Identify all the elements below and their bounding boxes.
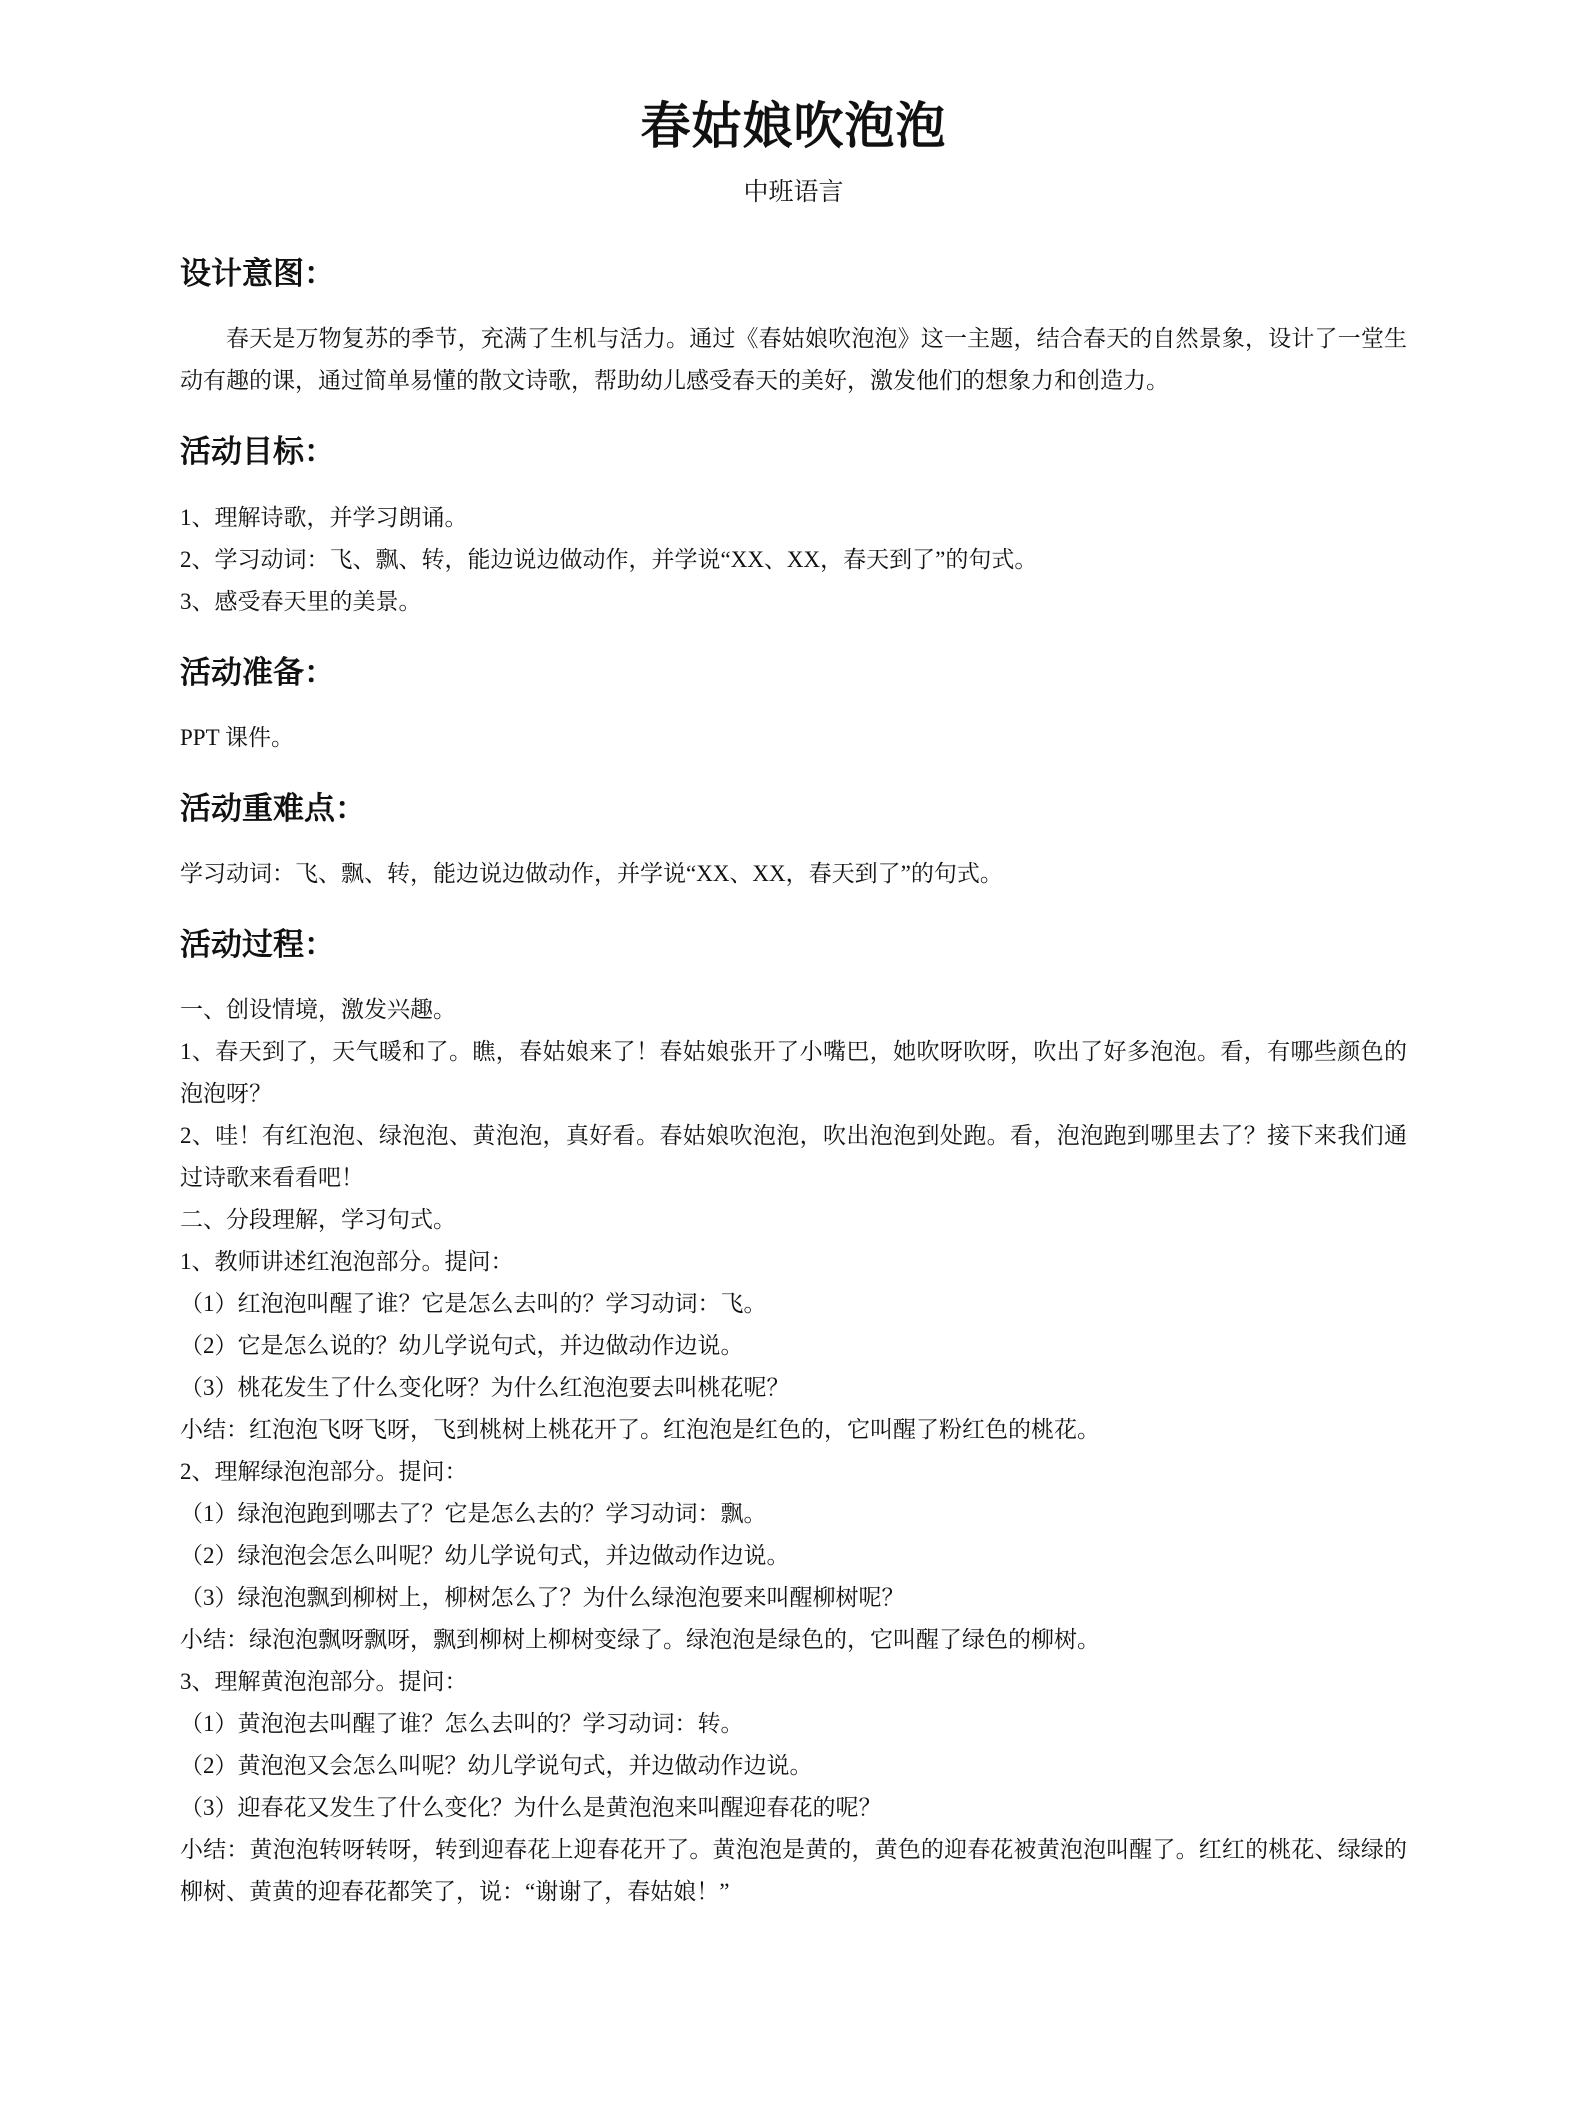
- process-step: 一、创设情境，激发兴趣。: [180, 989, 1407, 1031]
- process-step: 1、教师讲述红泡泡部分。提问：: [180, 1241, 1407, 1283]
- process-step: 小结：红泡泡飞呀飞呀，飞到桃树上桃花开了。红泡泡是红色的，它叫醒了粉红色的桃花。: [180, 1409, 1407, 1451]
- heading-activity-preparation: 活动准备：: [180, 653, 1407, 693]
- process-step: （2）它是怎么说的？幼儿学说句式，并边做动作边说。: [180, 1325, 1407, 1367]
- process-step: （1）黄泡泡去叫醒了谁？怎么去叫的？学习动词：转。: [180, 1703, 1407, 1745]
- process-step: （2）绿泡泡会怎么叫呢？幼儿学说句式，并边做动作边说。: [180, 1535, 1407, 1577]
- process-step: （3）迎春花又发生了什么变化？为什么是黄泡泡来叫醒迎春花的呢？: [180, 1787, 1407, 1829]
- section-activity-process: 活动过程： 一、创设情境，激发兴趣。 1、春天到了，天气暖和了。瞧，春姑娘来了！…: [180, 925, 1407, 1913]
- preparation-item: PPT 课件。: [180, 717, 1407, 759]
- section-activity-preparation: 活动准备： PPT 课件。: [180, 653, 1407, 759]
- goal-item: 1、理解诗歌，并学习朗诵。: [180, 497, 1407, 539]
- process-step: 1、春天到了，天气暖和了。瞧，春姑娘来了！春姑娘张开了小嘴巴，她吹呀吹呀，吹出了…: [180, 1031, 1407, 1115]
- process-step: 二、分段理解，学习句式。: [180, 1199, 1407, 1241]
- process-step: （3）绿泡泡飘到柳树上，柳树怎么了？为什么绿泡泡要来叫醒柳树呢？: [180, 1577, 1407, 1619]
- design-intent-paragraph: 春天是万物复苏的季节，充满了生机与活力。通过《春姑娘吹泡泡》这一主题，结合春天的…: [180, 318, 1407, 402]
- section-design-intent: 设计意图： 春天是万物复苏的季节，充满了生机与活力。通过《春姑娘吹泡泡》这一主题…: [180, 254, 1407, 402]
- section-activity-key-points: 活动重难点： 学习动词：飞、飘、转，能边说边做动作，并学说“XX、XX，春天到了…: [180, 789, 1407, 895]
- process-step: 2、哇！有红泡泡、绿泡泡、黄泡泡，真好看。春姑娘吹泡泡，吹出泡泡到处跑。看，泡泡…: [180, 1115, 1407, 1199]
- document-page: 春姑娘吹泡泡 中班语言 设计意图： 春天是万物复苏的季节，充满了生机与活力。通过…: [0, 0, 1587, 2127]
- process-step: 3、理解黄泡泡部分。提问：: [180, 1661, 1407, 1703]
- process-step: （2）黄泡泡又会怎么叫呢？幼儿学说句式，并边做动作边说。: [180, 1745, 1407, 1787]
- document-sections: 设计意图： 春天是万物复苏的季节，充满了生机与活力。通过《春姑娘吹泡泡》这一主题…: [180, 254, 1407, 1913]
- goal-item: 2、学习动词：飞、飘、转，能边说边做动作，并学说“XX、XX，春天到了”的句式。: [180, 539, 1407, 581]
- heading-activity-goals: 活动目标：: [180, 432, 1407, 472]
- goal-item: 3、感受春天里的美景。: [180, 581, 1407, 623]
- process-step: （3）桃花发生了什么变化呀？为什么红泡泡要去叫桃花呢？: [180, 1367, 1407, 1409]
- page-title: 春姑娘吹泡泡: [180, 96, 1407, 156]
- process-step: （1）绿泡泡跑到哪去了？它是怎么去的？学习动词：飘。: [180, 1493, 1407, 1535]
- activity-process-body: 一、创设情境，激发兴趣。 1、春天到了，天气暖和了。瞧，春姑娘来了！春姑娘张开了…: [180, 989, 1407, 1913]
- activity-goals-body: 1、理解诗歌，并学习朗诵。 2、学习动词：飞、飘、转，能边说边做动作，并学说“X…: [180, 497, 1407, 623]
- process-step: （1）红泡泡叫醒了谁？它是怎么去叫的？学习动词：飞。: [180, 1283, 1407, 1325]
- heading-design-intent: 设计意图：: [180, 254, 1407, 294]
- process-step: 2、理解绿泡泡部分。提问：: [180, 1451, 1407, 1493]
- document-content: 春姑娘吹泡泡 中班语言 设计意图： 春天是万物复苏的季节，充满了生机与活力。通过…: [0, 0, 1587, 1913]
- activity-key-points-body: 学习动词：飞、飘、转，能边说边做动作，并学说“XX、XX，春天到了”的句式。: [180, 853, 1407, 895]
- page-subtitle: 中班语言: [180, 178, 1407, 208]
- heading-activity-key-points: 活动重难点：: [180, 789, 1407, 829]
- process-step: 小结：绿泡泡飘呀飘呀，飘到柳树上柳树变绿了。绿泡泡是绿色的，它叫醒了绿色的柳树。: [180, 1619, 1407, 1661]
- heading-activity-process: 活动过程：: [180, 925, 1407, 965]
- section-activity-goals: 活动目标： 1、理解诗歌，并学习朗诵。 2、学习动词：飞、飘、转，能边说边做动作…: [180, 432, 1407, 622]
- key-point-text: 学习动词：飞、飘、转，能边说边做动作，并学说“XX、XX，春天到了”的句式。: [180, 853, 1407, 895]
- activity-preparation-body: PPT 课件。: [180, 717, 1407, 759]
- design-intent-body: 春天是万物复苏的季节，充满了生机与活力。通过《春姑娘吹泡泡》这一主题，结合春天的…: [180, 318, 1407, 402]
- process-step: 小结：黄泡泡转呀转呀，转到迎春花上迎春花开了。黄泡泡是黄的，黄色的迎春花被黄泡泡…: [180, 1829, 1407, 1913]
